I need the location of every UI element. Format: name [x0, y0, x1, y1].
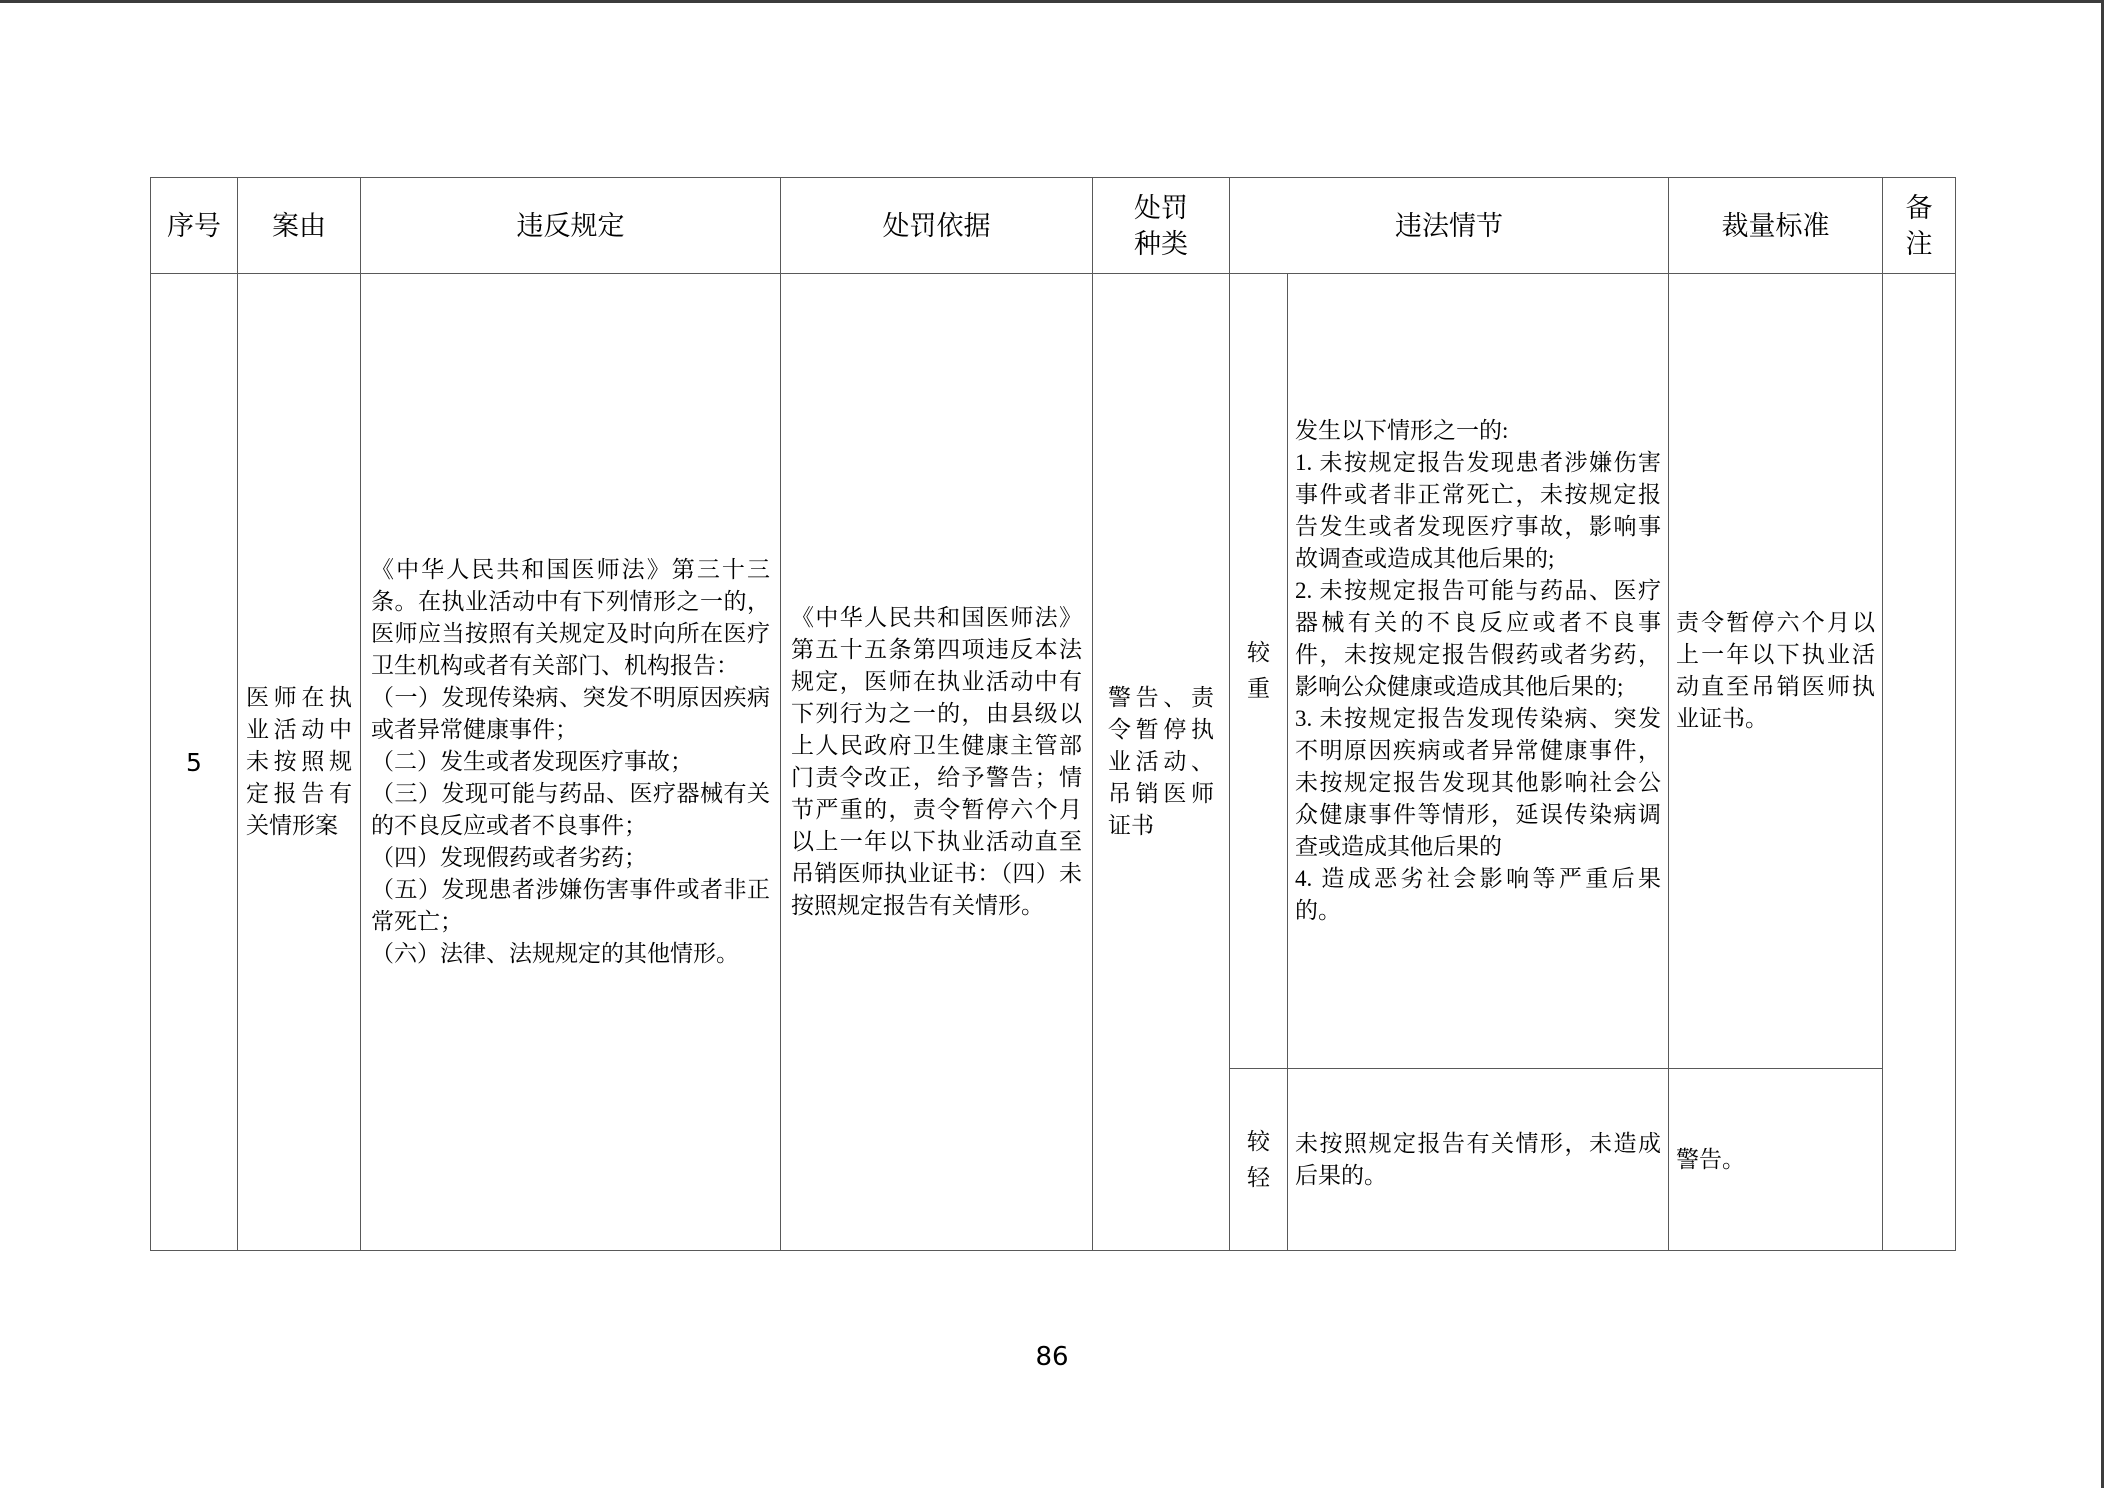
- case-title-cell: 医师在执业活动中未按照规定报告有关情形案: [238, 274, 361, 1251]
- table-row-severe: 5 医师在执业活动中未按照规定报告有关情形案 《中华人民共和国医师法》第三十三条…: [151, 274, 1956, 1069]
- standard-minor-cell: 警告。: [1669, 1069, 1883, 1251]
- penalty-basis-cell: 《中华人民共和国医师法》第五十五条第四项违反本法规定，医师在执业活动中有下列行为…: [781, 274, 1093, 1251]
- header-penalty-type: 处罚 种类: [1093, 178, 1230, 274]
- severity-label-severe: 较 重: [1230, 274, 1288, 1069]
- window-top-edge: [0, 0, 2104, 3]
- header-serial: 序号: [151, 178, 238, 274]
- header-violation: 违反规定: [361, 178, 781, 274]
- header-penalty-basis: 处罚依据: [781, 178, 1093, 274]
- remark-cell: [1883, 274, 1956, 1251]
- violation-cell: 《中华人民共和国医师法》第三十三条。在执业活动中有下列情形之一的，医师应当按照有…: [361, 274, 781, 1251]
- page-number: 86: [0, 1342, 2104, 1372]
- header-standard: 裁量标准: [1669, 178, 1883, 274]
- penalty-discretion-table: 序号 案由 违反规定 处罚依据 处罚 种类 违法情节 裁量标准 备 注 5 医师…: [150, 177, 1956, 1251]
- header-circumstances: 违法情节: [1230, 178, 1669, 274]
- penalty-type-cell: 警告、责令暂停执业活动、吊销医师证书: [1093, 274, 1230, 1251]
- circumstances-minor-cell: 未按照规定报告有关情形，未造成后果的。: [1288, 1069, 1669, 1251]
- serial-number-cell: 5: [151, 274, 238, 1251]
- table-header-row: 序号 案由 违反规定 处罚依据 处罚 种类 违法情节 裁量标准 备 注: [151, 178, 1956, 274]
- header-case: 案由: [238, 178, 361, 274]
- standard-severe-cell: 责令暂停六个月以上一年以下执业活动直至吊销医师执业证书。: [1669, 274, 1883, 1069]
- circumstances-severe-cell: 发生以下情形之一的: 1. 未按规定报告发现患者涉嫌伤害事件或者非正常死亡，未按…: [1288, 274, 1669, 1069]
- severity-label-minor: 较 轻: [1230, 1069, 1288, 1251]
- header-remark: 备 注: [1883, 178, 1956, 274]
